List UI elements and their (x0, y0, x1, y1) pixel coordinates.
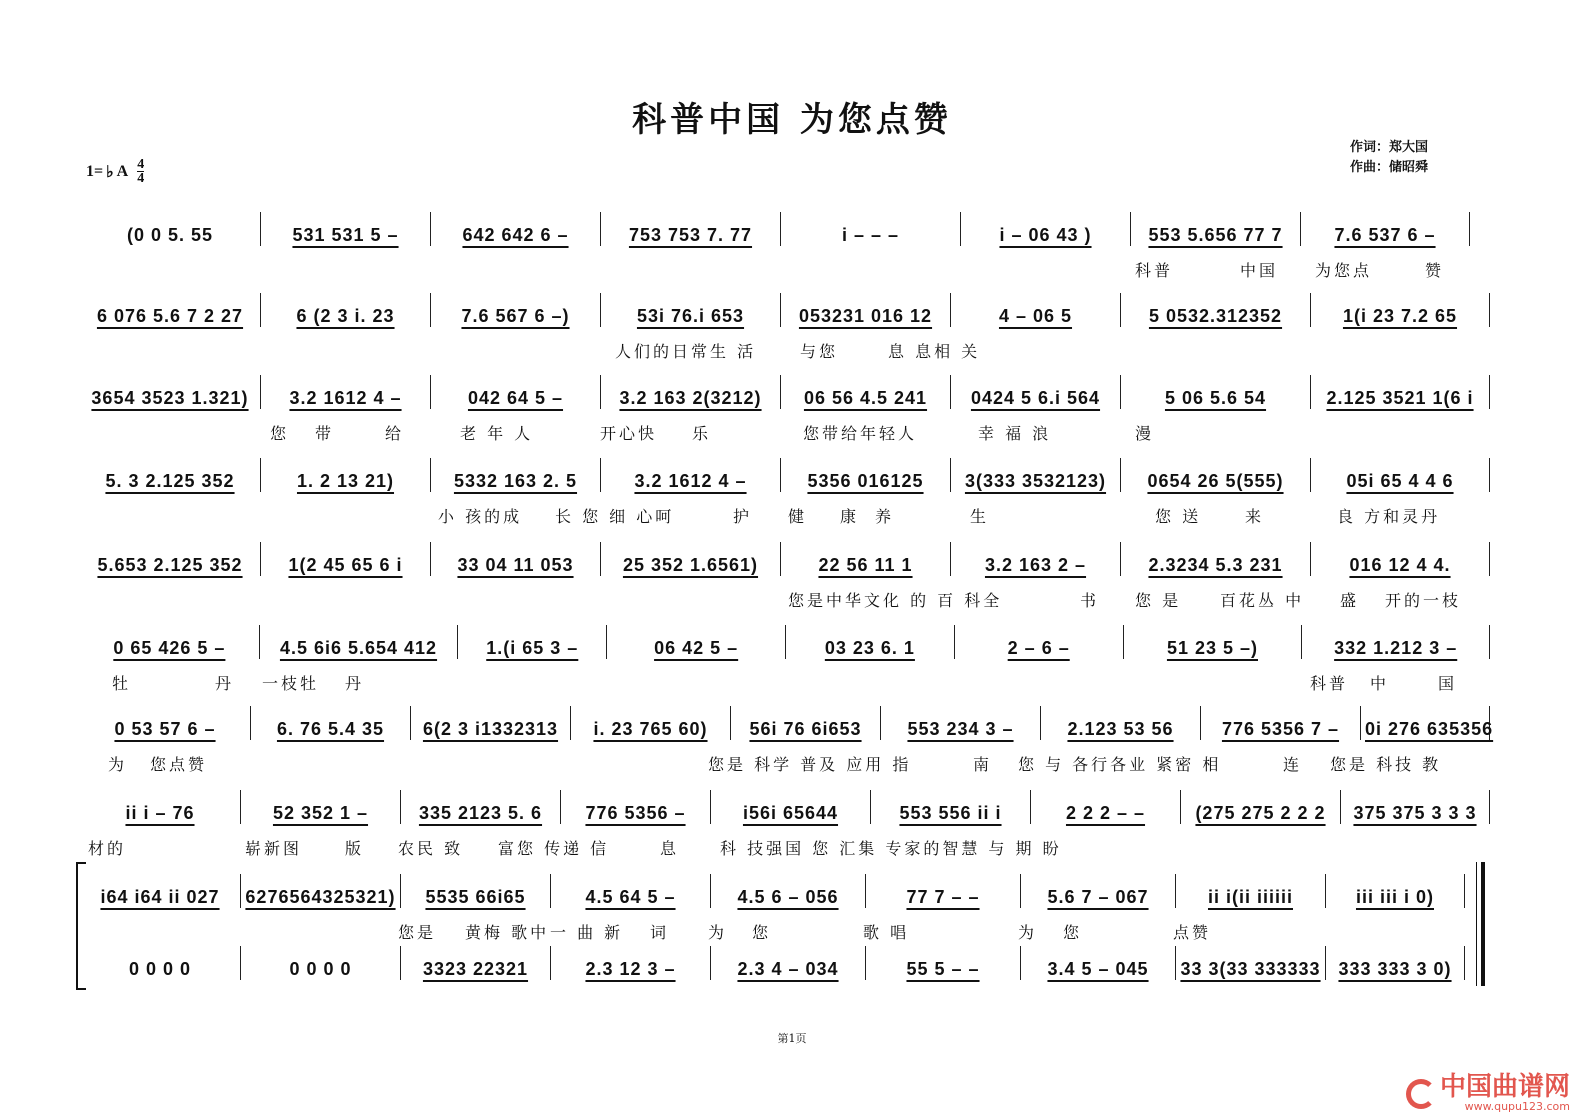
note-sequence: 5 0532.312352 (1149, 306, 1282, 327)
note-sequence: 4.5 6i6 5.654 412 (280, 638, 437, 659)
note-sequence: 5356 016125 (807, 471, 923, 492)
watermark: 中国曲谱网 www.qupu123.com (1406, 1074, 1570, 1113)
measure: 333 333 3 0) (1325, 946, 1465, 980)
lyric-syllable: 幸 福 浪 (978, 421, 1051, 444)
measure: 2.3 4 – 034 (710, 946, 865, 980)
lyrics-line: 小 孩的成长 您 细 心呵护健康养生您 送来良 方和灵丹 (80, 504, 1490, 526)
score-row: 0 0 0 00 0 0 03323 223212.3 12 3 –2.3 4 … (80, 946, 1490, 1026)
measure: 5535 66i65 (400, 874, 550, 908)
measure: 52 352 1 – (240, 790, 400, 824)
key-tonic: 1= (86, 163, 103, 181)
note-sequence: 56i 76 6i653 (749, 719, 861, 740)
measure: 3.4 5 – 045 (1020, 946, 1175, 980)
credits: 作词：郑大国 作曲：储昭舜 (1350, 138, 1428, 178)
measure: 6(2 3 i1332313 (410, 706, 570, 740)
note-sequence: 7.6 537 6 – (1334, 225, 1435, 246)
measure: 5 0532.312352 (1120, 293, 1310, 327)
measure: i56i 65644 (710, 790, 870, 824)
measure-group: 0 0 0 00 0 0 03323 223212.3 12 3 –2.3 4 … (80, 946, 1490, 980)
score-row: ii i – 7652 352 1 –335 2123 5. 6776 5356… (80, 790, 1490, 870)
lyric-syllable: 带 (315, 421, 334, 444)
note-sequence: ii i(ii iiiiii (1208, 887, 1293, 908)
note-sequence: 0 65 426 5 – (113, 638, 225, 659)
note-sequence: 753 753 7. 77 (629, 225, 752, 246)
measure: 2 2 2 – – (1030, 790, 1180, 824)
song-title: 科普中国 为您点赞 (0, 92, 1584, 141)
note-sequence: 25 352 1.6561) (623, 555, 758, 576)
lyric-syllable: 息 (660, 836, 679, 859)
note-sequence: 2 2 2 – – (1066, 803, 1145, 824)
measure: iii iii i 0) (1325, 874, 1465, 908)
lyric-syllable: 开的一枝 (1385, 588, 1461, 611)
note-sequence: 0424 5 6.i 564 (971, 388, 1100, 409)
note-sequence: 7.6 567 6 –) (461, 306, 569, 327)
note-sequence: 06 42 5 – (654, 638, 738, 659)
composer-credit: 作曲：储昭舜 (1350, 158, 1428, 178)
lyrics-line: 您带给老 年 人开心快乐您带给年轻人幸 福 浪漫 (80, 421, 1490, 443)
measure: 0424 5 6.i 564 (950, 375, 1120, 409)
note-sequence: 1. 2 13 21) (297, 471, 394, 492)
note-sequence: 016 12 4 4. (1349, 555, 1450, 576)
time-signature: 4 4 (137, 158, 144, 185)
note-sequence: 5.653 2.125 352 (97, 555, 242, 576)
measure: 3323 22321 (400, 946, 550, 980)
note-sequence: i – – – (842, 225, 899, 246)
measure: 5.653 2.125 352 (80, 542, 260, 576)
lyric-syllable: 良 方和灵丹 (1337, 504, 1440, 527)
measure: 0 65 426 5 – (80, 625, 259, 659)
measure: 042 64 5 – (430, 375, 600, 409)
note-sequence: 553 5.656 77 7 (1148, 225, 1282, 246)
measure: 553 556 ii i (870, 790, 1030, 824)
note-sequence: 5.6 7 – 067 (1047, 887, 1148, 908)
note-sequence: i56i 65644 (743, 803, 838, 824)
note-sequence: 042 64 5 – (468, 388, 563, 409)
lyrics-line: 牡丹一枝牡丹科普中国 (80, 671, 1490, 693)
measure: 332 1.212 3 – (1301, 625, 1490, 659)
note-sequence: 0 53 57 6 – (114, 719, 215, 740)
measure-group: 6 076 5.6 7 2 276 (2 3 i. 237.6 567 6 –)… (80, 293, 1490, 327)
lyric-syllable: 人们的日常生 活 (615, 339, 756, 362)
lyric-syllable: 您带给年轻人 (803, 421, 917, 444)
measure: 3.2 1612 4 – (600, 458, 780, 492)
measure-group: i64 i64 ii 0276276564325321)5535 66i654.… (80, 874, 1490, 908)
lyric-syllable: 科普 (1310, 671, 1348, 694)
note-sequence: 33 04 11 053 (457, 555, 573, 576)
note-sequence: 6. 76 5.4 35 (277, 719, 384, 740)
logo-icon (1406, 1079, 1436, 1109)
lyric-syllable: 科普 (1135, 258, 1173, 281)
measure: 06 42 5 – (606, 625, 785, 659)
measure: 776 5356 – (560, 790, 710, 824)
measure: 2 – 6 – (954, 625, 1123, 659)
score-row: 5.653 2.125 3521(2 45 65 6 i33 04 11 053… (80, 542, 1490, 622)
measure: 4.5 64 5 – (550, 874, 710, 908)
lyric-syllable: 您 (752, 920, 771, 943)
watermark-url: www.qupu123.com (1440, 1100, 1570, 1113)
measure: 3654 3523 1.321) (80, 375, 260, 409)
measure: 3(333 3532123) (950, 458, 1120, 492)
lyric-syllable: 赞 (1425, 258, 1444, 281)
measure: 0 53 57 6 – (80, 706, 250, 740)
score-row: 0 65 426 5 –4.5 6i6 5.654 4121.(i 65 3 –… (80, 625, 1490, 705)
measure: 5356 016125 (780, 458, 950, 492)
measure: 51 23 5 –) (1123, 625, 1302, 659)
note-sequence: 1.(i 65 3 – (486, 638, 578, 659)
key-signature: 1= ♭ A 4 4 (86, 158, 144, 185)
measure: 553 234 3 – (880, 706, 1040, 740)
lyric-syllable: 盛 (1340, 588, 1359, 611)
measure: 3.2 163 2 – (950, 542, 1120, 576)
measure: 05i 65 4 4 6 (1310, 458, 1490, 492)
note-sequence: 375 375 3 3 3 (1353, 803, 1476, 824)
note-sequence: iii iii i 0) (1356, 887, 1434, 908)
score-row: 5. 3 2.125 3521. 2 13 21)5332 163 2. 53.… (80, 458, 1490, 538)
measure: 1(2 45 65 6 i (260, 542, 430, 576)
measure: 6276564325321) (240, 874, 400, 908)
note-sequence: 3654 3523 1.321) (91, 388, 248, 409)
lyric-syllable: 农民 致 (398, 836, 463, 859)
lyric-syllable: 歌 唱 (863, 920, 909, 943)
note-sequence: 3.2 163 2 – (985, 555, 1086, 576)
lyric-syllable: 长 您 细 心呵 (555, 504, 674, 527)
note-sequence: 55 5 – – (906, 959, 979, 980)
note-sequence: i. 23 765 60) (593, 719, 707, 740)
measure: 1(i 23 7.2 65 (1310, 293, 1490, 327)
note-sequence: 642 642 6 – (462, 225, 568, 246)
note-sequence: ii i – 76 (125, 803, 194, 824)
measure: 06 56 4.5 241 (780, 375, 950, 409)
lyric-syllable: 您点赞 (150, 752, 207, 775)
note-sequence: 6 (2 3 i. 23 (296, 306, 394, 327)
note-sequence: 553 556 ii i (899, 803, 1001, 824)
measure: 5.6 7 – 067 (1020, 874, 1175, 908)
measure-group: 0 53 57 6 –6. 76 5.4 356(2 3 i1332313i. … (80, 706, 1490, 740)
lyric-syllable: 老 年 人 (460, 421, 533, 444)
score-row: 6 076 5.6 7 2 276 (2 3 i. 237.6 567 6 –)… (80, 293, 1490, 373)
note-sequence: 1(i 23 7.2 65 (1343, 306, 1457, 327)
measure: 56i 76 6i653 (730, 706, 880, 740)
lyric-syllable: 百花丛 中 (1220, 588, 1304, 611)
note-sequence: 5. 3 2.125 352 (105, 471, 234, 492)
lyric-syllable: 健 (788, 504, 807, 527)
lyrics-line (80, 992, 1490, 1014)
measure: 25 352 1.6561) (600, 542, 780, 576)
measure: 753 753 7. 77 (600, 212, 780, 246)
note-sequence: 6 076 5.6 7 2 27 (97, 306, 243, 327)
note-sequence: 22 56 11 1 (818, 555, 912, 576)
lyric-syllable: 黄梅 歌中 (465, 920, 549, 943)
lyric-syllable: 您 与 各行各业 紧密 相 (1018, 752, 1221, 775)
measure: 55 5 – – (865, 946, 1020, 980)
lyric-syllable: 生 (970, 504, 989, 527)
note-sequence: 0 0 0 0 (129, 959, 191, 980)
measure-group: ii i – 7652 352 1 –335 2123 5. 6776 5356… (80, 790, 1490, 824)
measure: 4 – 06 5 (950, 293, 1120, 327)
measure: 7.6 567 6 –) (430, 293, 600, 327)
note-sequence: 776 5356 – (585, 803, 685, 824)
note-sequence: 51 23 5 –) (1167, 638, 1258, 659)
note-sequence: 3.4 5 – 045 (1047, 959, 1148, 980)
system-brace (76, 862, 86, 990)
measure-group: 5.653 2.125 3521(2 45 65 6 i33 04 11 053… (80, 542, 1490, 576)
measure: ii i – 76 (80, 790, 240, 824)
lyric-syllable: 您 是 (1135, 588, 1181, 611)
lyric-syllable: 书 (1080, 588, 1099, 611)
measure: 5332 163 2. 5 (430, 458, 600, 492)
lyric-syllable: 一枝牡 (262, 671, 319, 694)
measure: 553 5.656 77 7 (1130, 212, 1300, 246)
measure: 5 06 5.6 54 (1120, 375, 1310, 409)
note-sequence: 2.125 3521 1(6 i (1326, 388, 1473, 409)
note-sequence: i64 i64 ii 027 (100, 887, 219, 908)
lyric-syllable: 版 (345, 836, 364, 859)
measure: i – – – (780, 212, 960, 246)
note-sequence: 2.123 53 56 (1067, 719, 1173, 740)
measure: 0654 26 5(555) (1120, 458, 1310, 492)
note-sequence: 33 3(33 333333 (1180, 959, 1320, 980)
measure: 531 531 5 – (260, 212, 430, 246)
note-sequence: 2.3 4 – 034 (737, 959, 838, 980)
lyric-syllable: 您是 科学 普及 应用 指 (708, 752, 911, 775)
measure: 2.3234 5.3 231 (1120, 542, 1310, 576)
measure: 6 076 5.6 7 2 27 (80, 293, 260, 327)
measure: 33 04 11 053 (430, 542, 600, 576)
measure: i. 23 765 60) (570, 706, 730, 740)
note-sequence: 6(2 3 i1332313 (423, 719, 558, 740)
note-sequence: 2 – 6 – (1008, 638, 1070, 659)
lyric-syllable: 连 (1283, 752, 1302, 775)
note-sequence: 5 06 5.6 54 (1165, 388, 1266, 409)
note-sequence: 03 23 6. 1 (825, 638, 915, 659)
measure: 1.(i 65 3 – (457, 625, 606, 659)
note-sequence: 2.3234 5.3 231 (1148, 555, 1282, 576)
measure: 642 642 6 – (430, 212, 600, 246)
note-sequence: 3323 22321 (423, 959, 528, 980)
flat-icon: ♭ (106, 162, 114, 182)
lyric-syllable: 为 (1018, 920, 1037, 943)
measure: 053231 016 12 (780, 293, 950, 327)
note-sequence: 776 5356 7 – (1222, 719, 1339, 740)
measure-group: 3654 3523 1.321)3.2 1612 4 –042 64 5 –3.… (80, 375, 1490, 409)
lyric-syllable: 养 (875, 504, 894, 527)
note-sequence: 2.3 12 3 – (585, 959, 675, 980)
lyric-syllable: 为 (108, 752, 127, 775)
lyric-syllable: 小 孩的成 (438, 504, 522, 527)
note-sequence: 4.5 64 5 – (585, 887, 675, 908)
lyric-syllable: 您是 (398, 920, 436, 943)
lyric-syllable: 牡 (112, 671, 131, 694)
note-sequence: 053231 016 12 (799, 306, 932, 327)
measure: 33 3(33 333333 (1175, 946, 1325, 980)
measure: 776 5356 7 – (1200, 706, 1360, 740)
measure: 3.2 163 2(3212) (600, 375, 780, 409)
note-sequence: 6276564325321) (245, 887, 395, 908)
note-sequence: i – 06 43 ) (999, 225, 1091, 246)
measure: 0 0 0 0 (80, 946, 240, 980)
lyric-syllable: 崭新图 (245, 836, 302, 859)
measure: ii i(ii iiiiii (1175, 874, 1325, 908)
final-barline (1476, 862, 1485, 986)
measure: 5. 3 2.125 352 (80, 458, 260, 492)
note-sequence: 4 – 06 5 (999, 306, 1072, 327)
lyric-syllable: 为 (708, 920, 727, 943)
measure: 3.2 1612 4 – (260, 375, 430, 409)
note-sequence: 52 352 1 – (273, 803, 368, 824)
lyric-syllable: 您 (1063, 920, 1082, 943)
watermark-brand: 中国曲谱网 (1440, 1074, 1570, 1100)
note-sequence: 4.5 6 – 056 (737, 887, 838, 908)
note-sequence: 0654 26 5(555) (1147, 471, 1283, 492)
lyric-syllable: 一 曲 新 (550, 920, 623, 943)
measure: i – 06 43 ) (960, 212, 1130, 246)
lyric-syllable: 材的 (88, 836, 126, 859)
lyric-syllable: 护 (733, 504, 752, 527)
measure: 22 56 11 1 (780, 542, 950, 576)
lyric-syllable: 南 (973, 752, 992, 775)
measure: 2.125 3521 1(6 i (1310, 375, 1490, 409)
lyric-syllable: 国 (1438, 671, 1457, 694)
lyric-syllable: 点赞 (1173, 920, 1211, 943)
score-row: 0 53 57 6 –6. 76 5.4 356(2 3 i1332313i. … (80, 706, 1490, 786)
lyric-syllable: 与您 (800, 339, 838, 362)
note-sequence: 05i 65 4 4 6 (1346, 471, 1453, 492)
lyric-syllable: 开心快 (600, 421, 657, 444)
lyric-syllable: 为您点 (1315, 258, 1372, 281)
lyric-syllable: 您是 科技 教 (1330, 752, 1441, 775)
note-sequence: 335 2123 5. 6 (419, 803, 542, 824)
measure: 77 7 – – (865, 874, 1020, 908)
measure: 2.123 53 56 (1040, 706, 1200, 740)
lyric-syllable: 康 (840, 504, 859, 527)
measure: 335 2123 5. 6 (400, 790, 560, 824)
lyric-syllable: 中 (1370, 671, 1389, 694)
measure: 0i 276 635356 (1360, 706, 1490, 740)
lyric-syllable: 丹 (345, 671, 364, 694)
note-sequence: 3(333 3532123) (965, 471, 1106, 492)
note-sequence: 5332 163 2. 5 (454, 471, 577, 492)
measure: 53i 76.i 653 (600, 293, 780, 327)
measure: 6 (2 3 i. 23 (260, 293, 430, 327)
note-sequence: 0i 276 635356 (1365, 719, 1493, 740)
measure: (0 0 5. 55 (80, 212, 260, 246)
measure: (275 275 2 2 2 (1180, 790, 1340, 824)
measure: 0 0 0 0 (240, 946, 400, 980)
measure-group: 0 65 426 5 –4.5 6i6 5.654 4121.(i 65 3 –… (80, 625, 1490, 659)
lyric-syllable: 您 送 (1155, 504, 1201, 527)
lyric-syllable: 中国 (1240, 258, 1278, 281)
lyricist-credit: 作词：郑大国 (1350, 138, 1428, 158)
note-sequence: 06 56 4.5 241 (804, 388, 927, 409)
measure: 2.3 12 3 – (550, 946, 710, 980)
lyric-syllable: 漫 (1135, 421, 1154, 444)
lyric-syllable: 富您 传递 信 (498, 836, 609, 859)
lyrics-line: 您是中华文化 的 百 科全书您 是百花丛 中盛开的一枝 (80, 588, 1490, 610)
lyric-syllable: 您 (270, 421, 289, 444)
note-sequence: (0 0 5. 55 (127, 225, 213, 246)
lyrics-line: 为您点赞您是 科学 普及 应用 指南您 与 各行各业 紧密 相连您是 科技 教 (80, 752, 1490, 774)
note-sequence: (275 275 2 2 2 (1195, 803, 1325, 824)
lyrics-line: 材的崭新图版农民 致富您 传递 信息科 技强国 您 汇集 专家的智慧 与 期 盼 (80, 836, 1490, 858)
note-sequence: 553 234 3 – (907, 719, 1013, 740)
note-sequence: 0 0 0 0 (289, 959, 351, 980)
measure: 016 12 4 4. (1310, 542, 1490, 576)
lyric-syllable: 丹 (215, 671, 234, 694)
note-sequence: 5535 66i65 (425, 887, 525, 908)
lyrics-line: 您是黄梅 歌中一 曲 新词为您歌 唱为您点赞 (80, 920, 1490, 942)
note-sequence: 3.2 1612 4 – (289, 388, 401, 409)
lyric-syllable: 息 息相 关 (888, 339, 980, 362)
measure: 4.5 6 – 056 (710, 874, 865, 908)
measure: 6. 76 5.4 35 (250, 706, 410, 740)
page-number: 第1页 (0, 1030, 1584, 1046)
key-note: A (117, 163, 129, 181)
lyric-syllable: 您是中华文化 的 百 科全 (788, 588, 1002, 611)
lyric-syllable: 词 (650, 920, 669, 943)
lyrics-line: 科普中国为您点赞 (80, 258, 1490, 280)
measure-group: (0 0 5. 55531 531 5 –642 642 6 –753 753 … (80, 212, 1490, 246)
note-sequence: 333 333 3 0) (1338, 959, 1451, 980)
score-row: 3654 3523 1.321)3.2 1612 4 –042 64 5 –3.… (80, 375, 1490, 455)
note-sequence: 1(2 45 65 6 i (288, 555, 402, 576)
score-row: i64 i64 ii 0276276564325321)5535 66i654.… (80, 874, 1490, 954)
lyrics-line: 人们的日常生 活与您息 息相 关 (80, 339, 1490, 361)
note-sequence: 53i 76.i 653 (637, 306, 744, 327)
measure: 4.5 6i6 5.654 412 (259, 625, 458, 659)
measure: 7.6 537 6 – (1300, 212, 1470, 246)
note-sequence: 3.2 163 2(3212) (619, 388, 761, 409)
lyric-syllable: 来 (1245, 504, 1264, 527)
lyric-syllable: 乐 (692, 421, 711, 444)
lyric-syllable: 科 技强国 您 汇集 专家的智慧 与 期 盼 (720, 836, 1062, 859)
measure: 03 23 6. 1 (785, 625, 954, 659)
note-sequence: 531 531 5 – (292, 225, 398, 246)
measure: i64 i64 ii 027 (80, 874, 240, 908)
measure: 1. 2 13 21) (260, 458, 430, 492)
score-row: (0 0 5. 55531 531 5 –642 642 6 –753 753 … (80, 212, 1490, 292)
measure-group: 5. 3 2.125 3521. 2 13 21)5332 163 2. 53.… (80, 458, 1490, 492)
note-sequence: 77 7 – – (906, 887, 979, 908)
note-sequence: 332 1.212 3 – (1334, 638, 1457, 659)
measure: 375 375 3 3 3 (1340, 790, 1490, 824)
lyric-syllable: 给 (385, 421, 404, 444)
note-sequence: 3.2 1612 4 – (634, 471, 746, 492)
